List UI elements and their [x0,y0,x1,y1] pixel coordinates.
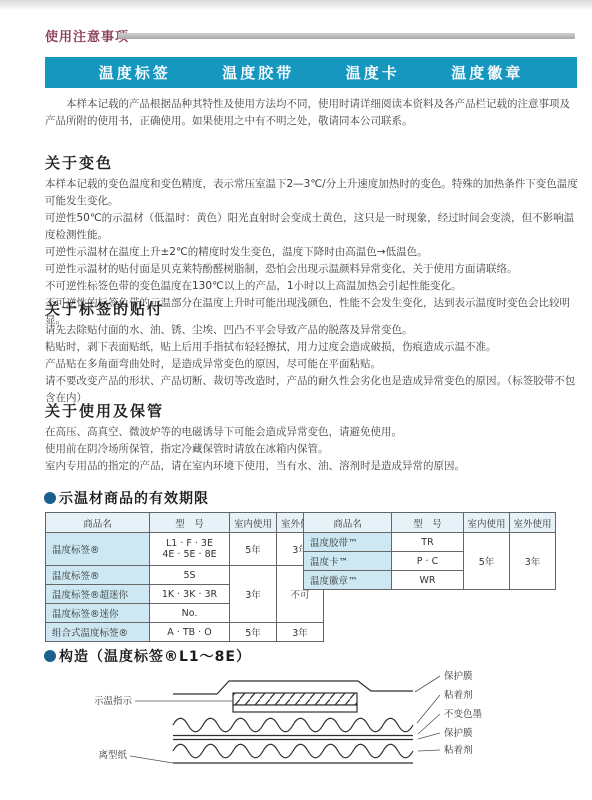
model-numbers: No. [150,604,230,623]
product-name: 温度胶带™ [304,533,392,552]
model-numbers: 5S [150,566,230,585]
model-numbers: TR [392,533,464,552]
text-line: 产品贴在多角面弯曲处时，是造成异常变色的原因，尽可能在平面粘贴。 [45,356,579,373]
model-numbers: A · TB · O [150,623,230,642]
col-header-model: 型 号 [392,513,464,533]
label-release-paper: 离型纸 [98,749,127,761]
tab-temp-tape: 温度胶带 [222,62,294,83]
leader-line [130,756,173,763]
label-protective-film-2: 保护膜 [444,727,473,739]
col-header-product: 商品名 [304,513,392,533]
layer-protective-film-top [173,681,413,694]
label-adhesive-1: 粘着剂 [444,689,473,701]
indoor-years: 5年 [230,623,277,642]
label-non-discoloring-ink: 不变色墨 [444,708,483,720]
product-tab-bar: 温度标签 温度胶带 温度卡 温度徽章 [45,57,577,88]
indoor-years: 5年 [230,533,277,566]
layer-indicator-base [233,705,357,712]
text-line: 粘贴时，剥下表面贴纸，贴上后用手指拭布轻轻擦拭，用力过度会造成破损，伤痕造成示温… [45,339,579,356]
scan-edge-shadow [0,0,592,10]
product-name: 温度徽章™ [304,571,392,590]
heading-discoloration: 关于变色 [45,152,113,173]
title-rule [118,33,575,39]
product-name: 温度标签®超迷你 [46,585,150,604]
table-row: 温度胶带™ TR 5年 3年 [304,533,556,552]
col-header-indoor: 室内使用 [230,513,277,533]
text-line: 在高压、高真空、微波炉等的电磁诱导下可能会造成异常变色，请避免使用。 [45,424,579,441]
model-numbers: L1 · F · 3E 4E · 5E · 8E [150,533,230,566]
model-numbers: P · C [392,552,464,571]
indoor-years-merged: 3年 [230,566,277,623]
validity-table-tape-card-badge: 商品名 型 号 室内使用 室外使用 温度胶带™ TR 5年 3年 温度卡™ P … [303,512,556,590]
text-line: 可逆性50℃的示温材（低温时：黄色）阳光直射时会变成土黄色，这只是一时现象，经过… [45,210,579,244]
label-adhesive-2: 粘着剂 [444,744,473,756]
bullet-icon [44,492,56,504]
text-line: 可逆性示温材在温度上升±2℃的精度时发生变色，温度下降时由高温色→低温色。 [45,244,579,261]
label-structure-diagram: 示温指示 离型纸 保护膜 粘着剂 不变色墨 保护膜 粘着剂 [60,663,565,798]
text-line: 本样本记载的变色温度和变色精度，表示常压室温下2—3℃/分上升速度加热时的变色。… [45,176,579,210]
leader-line [418,733,440,739]
product-name: 温度卡™ [304,552,392,571]
label-temp-indicator: 示温指示 [94,695,133,707]
leader-line [417,695,440,723]
layer-adhesive-2 [173,744,413,758]
heading-storage: 关于使用及保管 [45,400,164,421]
text-line: 请先去除贴付面的水、油、锈、尘埃、凹凸不平会导致产品的脱落及异常变色。 [45,322,579,339]
label-protective-film-1: 保护膜 [444,670,473,682]
table-row: 温度标签® 5S 3年 不可 [46,566,324,585]
leader-line [415,676,440,692]
validity-table-labels: 商品名 型 号 室内使用 室外使用 温度标签® L1 · F · 3E 4E ·… [45,512,324,642]
document-page: 使用注意事项 温度标签 温度胶带 温度卡 温度徽章 本样本记载的产品根据品种其特… [0,0,592,800]
table-row: 组合式温度标签® A · TB · O 5年 3年 [46,623,324,642]
product-name: 组合式温度标签® [46,623,150,642]
product-name: 温度标签®迷你 [46,604,150,623]
text-line: 室内专用品的指定的产品，请在室内环境下使用，当有水、油、溶剂时是造成异常的原因。 [45,458,579,475]
leader-line [418,714,440,734]
page-title: 使用注意事项 [45,26,129,45]
tab-temp-label: 温度标签 [99,62,171,83]
heading-attachment: 关于标签的贴付 [45,298,164,319]
validity-heading-text: 示温材商品的有效期限 [59,488,209,508]
indoor-years-merged: 5年 [464,533,510,590]
table-row: 温度标签® L1 · F · 3E 4E · 5E · 8E 5年 3年 [46,533,324,566]
outdoor-years-merged: 3年 [510,533,556,590]
col-header-model: 型 号 [150,513,230,533]
layer-temp-indicator [233,693,357,705]
product-name: 温度标签® [46,566,150,585]
col-header-outdoor: 室外使用 [510,513,556,533]
outdoor-years: 3年 [277,623,324,642]
section-storage: 在高压、高真空、微波炉等的电磁诱导下可能会造成异常变色，请避免使用。 使用前在阴… [45,424,579,475]
intro-paragraph: 本样本记载的产品根据品种其特性及使用方法均不同，使用时请详细阅读本资料及各产品栏… [45,96,577,130]
tab-temp-card: 温度卡 [346,62,400,83]
bullet-icon [44,650,56,662]
layer-adhesive-1 [173,718,413,732]
text-line: 不可逆性标签色带的变色温度在130℃以上的产品，1小时以上高温加热会引起性能变化… [45,278,579,295]
text-line: 使用前在阴冷场所保管，指定冷藏保管时请放在冰箱内保管。 [45,441,579,458]
heading-validity: 示温材商品的有效期限 [44,488,209,508]
col-header-indoor: 室内使用 [464,513,510,533]
product-name: 温度标签® [46,533,150,566]
model-numbers: WR [392,571,464,590]
section-attachment: 请先去除贴付面的水、油、锈、尘埃、凹凸不平会导致产品的脱落及异常变色。 粘贴时，… [45,322,579,407]
col-header-product: 商品名 [46,513,150,533]
text-line: 可逆性示温材的贴付面是贝克莱特酚醛树脂制，恐怕会出现示温颜料异常变化，关于使用方… [45,261,579,278]
model-numbers: 1K · 3K · 3R [150,585,230,604]
leader-line [418,750,440,751]
tab-temp-badge: 温度徽章 [451,62,523,83]
